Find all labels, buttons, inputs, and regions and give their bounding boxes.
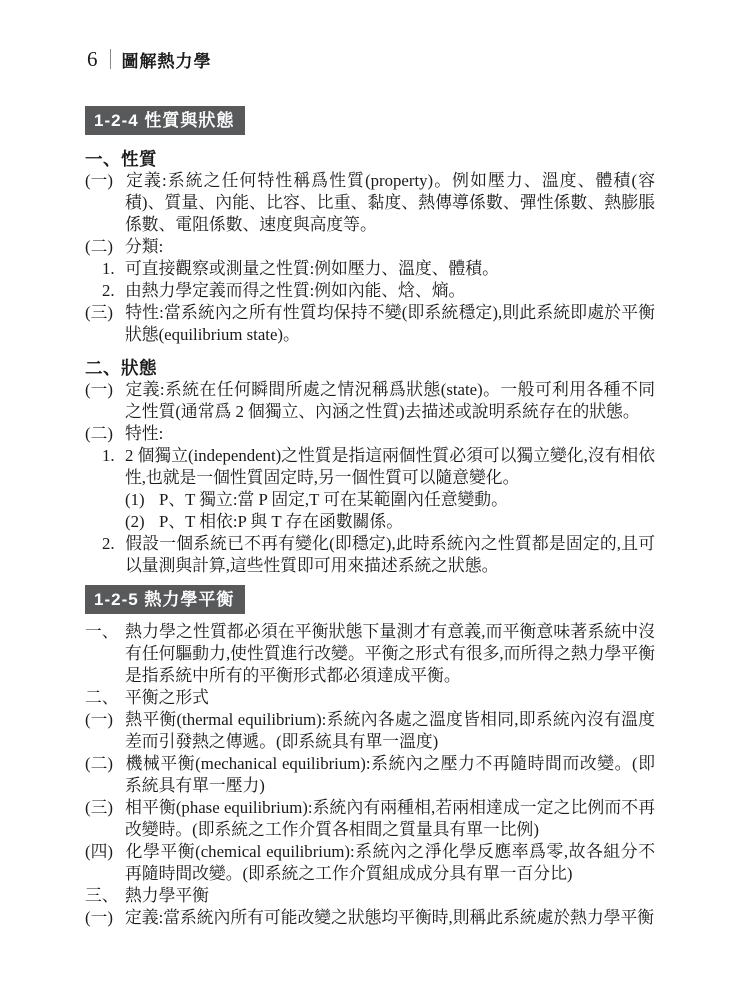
list-item-thermodynamic-equilibrium-heading: 三、熱力學平衡 — [85, 885, 655, 907]
list-item-property-characteristic: (三)特性:當系統內之所有性質均保持不變(即系統穩定),則此系統即處於平衡狀態(… — [85, 302, 655, 346]
item-label: (一) — [85, 170, 125, 192]
item-text: 可直接觀察或測量之性質:例如壓力、溫度、體積。 — [125, 259, 499, 278]
item-text: 機械平衡(mechanical equilibrium):系統內之壓力不再隨時間… — [125, 754, 655, 795]
list-item-pt-independent: (1)P、T 獨立:當 P 固定,T 可在某範圍內任意變動。 — [125, 489, 655, 511]
item-label: 一、 — [85, 621, 125, 643]
item-label: 1. — [102, 258, 125, 280]
item-text: 特性: — [125, 424, 163, 443]
list-item-property-definition: (一)定義:系統之任何特性稱爲性質(property)。例如壓力、溫度、體積(容… — [85, 170, 655, 236]
list-item-chemical-equilibrium: (四)化學平衡(chemical equilibrium):系統內之淨化學反應率… — [85, 841, 655, 885]
item-label: 三、 — [85, 885, 125, 907]
item-label: 2. — [102, 533, 125, 555]
list-item-pt-dependent: (2)P、T 相依:P 與 T 存在函數關係。 — [125, 511, 655, 533]
page-number: 6 — [85, 47, 100, 71]
list-item-stable-system: 2.假設一個系統已不再有變化(即穩定),此時系統內之性質都是固定的,且可以量測與… — [102, 533, 655, 577]
page-header: 6 圖解熱力學 — [85, 47, 655, 71]
item-text: 化學平衡(chemical equilibrium):系統內之淨化學反應率爲零,… — [125, 842, 655, 883]
item-label: (二) — [85, 423, 125, 445]
list-item-thermodynamic-equilibrium-definition: (一)定義:當系統內所有可能改變之狀態均平衡時,則稱此系統處於熱力學平衡 — [85, 907, 655, 929]
item-text: 分類: — [125, 237, 163, 256]
item-text: 定義:系統在任何瞬間所處之情況稱爲狀態(state)。一般可利用各種不同之性質(… — [125, 380, 655, 421]
item-text: 由熱力學定義而得之性質:例如內能、焓、熵。 — [125, 281, 465, 300]
subhead-properties: 一、性質 — [85, 148, 655, 170]
list-item-equilibrium-intro: 一、熱力學之性質都必須在平衡狀態下量測才有意義,而平衡意味著系統中沒有任何驅動力… — [85, 621, 655, 687]
list-item-property-classification: (二)分類: — [85, 236, 655, 258]
item-text: 特性:當系統內之所有性質均保持不變(即系統穩定),則此系統即處於平衡狀態(equ… — [125, 303, 655, 344]
item-label: (二) — [85, 753, 125, 775]
item-text: P、T 獨立:當 P 固定,T 可在某範圍內任意變動。 — [159, 490, 508, 509]
list-item-independent-properties: 1.2 個獨立(independent)之性質是指這兩個性質必須可以獨立變化,沒… — [102, 445, 655, 489]
item-label: (三) — [85, 797, 125, 819]
item-text: 熱平衡(thermal equilibrium):系統內各處之溫度皆相同,即系統… — [125, 710, 655, 751]
item-text: 熱力學之性質都必須在平衡狀態下量測才有意義,而平衡意味著系統中沒有任何驅動力,使… — [125, 622, 655, 685]
item-label: 二、 — [85, 687, 125, 709]
item-text: 假設一個系統已不再有變化(即穩定),此時系統內之性質都是固定的,且可以量測與計算… — [125, 534, 655, 575]
item-label: (2) — [125, 511, 159, 533]
section-banner-1-2-4: 1-2-4 性質與狀態 — [85, 106, 245, 135]
item-label: (二) — [85, 236, 125, 258]
list-item-observable-properties: 1.可直接觀察或測量之性質:例如壓力、溫度、體積。 — [102, 258, 655, 280]
textbook-page: 6 圖解熱力學 1-2-4 性質與狀態 一、性質 (一)定義:系統之任何特性稱爲… — [0, 0, 739, 1000]
item-text: 2 個獨立(independent)之性質是指這兩個性質必須可以獨立變化,沒有相… — [125, 446, 655, 487]
item-label: (一) — [85, 709, 125, 731]
item-label: (一) — [85, 907, 125, 929]
item-text: 相平衡(phase equilibrium):系統內有兩種相,若兩相達成一定之比… — [125, 798, 655, 839]
subhead-state: 二、狀態 — [85, 357, 655, 379]
item-label: (四) — [85, 841, 125, 863]
list-item-thermal-equilibrium: (一)熱平衡(thermal equilibrium):系統內各處之溫度皆相同,… — [85, 709, 655, 753]
list-item-state-definition: (一)定義:系統在任何瞬間所處之情況稱爲狀態(state)。一般可利用各種不同之… — [85, 379, 655, 423]
item-label: (一) — [85, 379, 125, 401]
item-text: 定義:系統之任何特性稱爲性質(property)。例如壓力、溫度、體積(容積)、… — [125, 171, 655, 234]
book-title: 圖解熱力學 — [122, 47, 212, 72]
list-item-mechanical-equilibrium: (二)機械平衡(mechanical equilibrium):系統內之壓力不再… — [85, 753, 655, 797]
list-item-defined-properties: 2.由熱力學定義而得之性質:例如內能、焓、熵。 — [102, 280, 655, 302]
item-text: 定義:當系統內所有可能改變之狀態均平衡時,則稱此系統處於熱力學平衡 — [125, 908, 654, 927]
section-1-2-5: 1-2-5 熱力學平衡 一、熱力學之性質都必須在平衡狀態下量測才有意義,而平衡意… — [85, 577, 655, 929]
item-label: 2. — [102, 280, 125, 302]
item-label: (三) — [85, 302, 125, 324]
list-item-equilibrium-forms-heading: 二、平衡之形式 — [85, 687, 655, 709]
header-divider — [110, 49, 111, 69]
list-item-state-characteristic: (二)特性: — [85, 423, 655, 445]
item-text: P、T 相依:P 與 T 存在函數關係。 — [159, 512, 403, 531]
item-label: (1) — [125, 489, 159, 511]
list-item-phase-equilibrium: (三)相平衡(phase equilibrium):系統內有兩種相,若兩相達成一… — [85, 797, 655, 841]
section-1-2-4: 1-2-4 性質與狀態 一、性質 (一)定義:系統之任何特性稱爲性質(prope… — [85, 106, 655, 577]
item-label: 1. — [102, 445, 125, 467]
item-text: 平衡之形式 — [125, 688, 209, 707]
section-banner-1-2-5: 1-2-5 熱力學平衡 — [85, 585, 245, 614]
item-text: 熱力學平衡 — [125, 886, 209, 905]
